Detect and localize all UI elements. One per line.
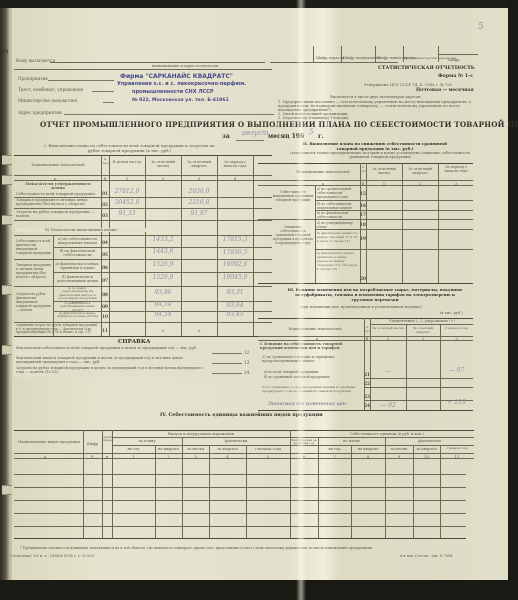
col-number: 1 (112, 454, 155, 459)
s4-col-cost-plan: по плану (318, 439, 385, 443)
s4-col-cost-group: Себестоимость единицы (в руб. и коп.) (300, 432, 474, 436)
col-number: б (83, 454, 102, 459)
s4-col-output-fact: фактически (182, 439, 290, 443)
binder-strip (2, 285, 12, 295)
col-divider (370, 318, 371, 410)
reference-item-label: Фактическая себестоимость всей товарной … (16, 346, 206, 350)
row-divider (14, 208, 272, 209)
stamp-line-3: промышленности СНХ ЛССР (132, 90, 214, 95)
s4-col-plan-quarter: на квартал (155, 447, 182, 451)
section3-note: (при изменении цен, произведенном в уста… (300, 305, 422, 309)
month-line (236, 140, 264, 141)
s4-col-fact-quarter: за квартал (209, 447, 246, 451)
approved-by: Утверждена ЦСУ СССР 14. X. 1963 г. № 720 (364, 82, 452, 87)
to-whom-caption: наименование и адрес получателя (152, 64, 218, 68)
month-handwritten: август (242, 131, 268, 136)
section4-table-bottom (14, 538, 466, 539)
scan-border-right (508, 0, 518, 600)
row-divider (364, 387, 473, 388)
col-number: 3 (440, 336, 473, 341)
binder-fragment-number: 53 (2, 50, 8, 55)
col-number: 9 (385, 454, 413, 459)
col-number: 2 (402, 181, 438, 186)
row03-quarter-value: 91,87 (181, 210, 217, 217)
s2-col-header-ytd: За период с начала года (438, 165, 474, 173)
section4-title: IV. Себестоимость единицы важнейших видо… (160, 413, 323, 418)
row-divider (258, 219, 473, 220)
address-line (64, 114, 274, 115)
row-divider (14, 259, 272, 260)
s4-col-cost-fact-month: за месяц (385, 447, 413, 451)
row-number: 15 (360, 191, 366, 196)
s4-col-plan-year: на год (112, 447, 155, 451)
row-divider (315, 249, 473, 250)
row-number: 18 (360, 222, 366, 227)
ministry-line (103, 102, 114, 103)
col-number: 6 (290, 454, 318, 459)
s2-col-header-month: За отчетный месяц (366, 167, 402, 175)
row-label: в) фактически в ценах, принятых в плане … (55, 312, 100, 319)
s3-row-label: 2) по сравнению со среднегодовыми ценами… (262, 386, 360, 393)
binder-strip (2, 345, 12, 355)
row-number: 04 (101, 240, 109, 245)
subsection-a-title: Показатели утвержденного плана (18, 182, 98, 190)
s2-row-label: а) по утвержденному плану (317, 221, 359, 229)
s4-col-cost-prev: Фактическая за прошлый год (290, 439, 318, 446)
row10-month-value: 94,54 (145, 311, 181, 318)
recipients-heading: Высылается в числе двух экземпляров адре… (330, 95, 421, 99)
to-whom-line (50, 62, 265, 63)
col-number: 2 (155, 454, 182, 459)
s4-empty-row (14, 526, 466, 527)
col-number: 4 (217, 176, 253, 181)
col-number: а (312, 336, 322, 341)
year-handwritten: 5 (309, 130, 313, 135)
col-number: 3 (438, 181, 474, 186)
col-number: 11 (440, 454, 474, 459)
section2-table-bottom (258, 283, 473, 284)
s2-row-label: б) фактически (разность между строками 1… (317, 231, 359, 243)
scan-border-top (0, 0, 518, 8)
row-divider (14, 322, 272, 323)
row-number: 03 (101, 213, 109, 218)
section3-title: III. Влияние изменения цен на потребляем… (285, 287, 465, 302)
row21-ytd-value: — 97 (440, 367, 473, 374)
s4-col-cost-fact-quarter: за квартал (413, 447, 440, 451)
row-divider (14, 286, 272, 287)
s4-col-unit: Единица измерения (102, 436, 112, 442)
row05-month-value: 1443,6 (145, 248, 181, 255)
reference-line (212, 363, 242, 364)
s4-empty-row (14, 474, 466, 475)
col-number: 8 (351, 454, 385, 459)
row-divider (14, 220, 272, 221)
reference-item-label: Затраты на рубль товарной продукции в це… (16, 366, 206, 374)
stamp-line-4: № 922, Московская ул. тел. Б-41961 (132, 98, 229, 103)
s3-col-header-name: Наименование показателей (270, 327, 360, 331)
col-number: 4 (209, 454, 246, 459)
section3-table-bottom (258, 410, 473, 411)
col-number: 1 (366, 181, 402, 186)
reference-item-label: Фактический выпуск товарной продукции в … (16, 356, 206, 364)
s4-col-cost-fact: фактически (385, 439, 474, 443)
enterprise-line (48, 80, 114, 81)
group-label: Себестоимость всей фактически выпущенной… (16, 239, 52, 255)
code-box-label: Шифр отрасли (316, 56, 344, 60)
row06-ytd-value: 19092,6 (217, 261, 253, 268)
s3-column-group: Удешевление (—), удорожание (+) (372, 319, 472, 323)
col-header-year: В целом на год (109, 160, 145, 164)
scan-border-bottom (0, 580, 518, 600)
row11-quarter-value: × (181, 328, 217, 333)
code-box-divider (313, 46, 314, 62)
row-number: 10 (101, 314, 109, 319)
s2-row-label: в) по фактической себестоимости (317, 211, 359, 219)
code-box-line (438, 54, 478, 55)
section2-title: II. Выполнение плана по снижению себесто… (300, 141, 450, 151)
row-number: 02 (101, 202, 109, 207)
statistical-reporting-label: СТАТИСТИЧЕСКАЯ ОТЧЕТНОСТЬ (378, 66, 475, 71)
row-number: 23 (364, 394, 370, 399)
col-number: 2 (145, 176, 181, 181)
binder-strip (2, 215, 12, 225)
row-number: 06 (101, 265, 109, 270)
col-header-month: За отчетный месяц (145, 160, 181, 168)
stamp-line-2: Управления х.с. и с. лакокрасочно-парфюм… (117, 82, 246, 87)
s2-row-label: в) фактически в ценах, принятых в плане … (317, 251, 359, 271)
row24-ytd-value: + 133 (440, 399, 473, 406)
group-label: Товарная продукция в оптовых ценах предп… (16, 263, 52, 279)
col-number: а (50, 176, 60, 181)
row-label: а) фактически в ценах, принятых в плане (55, 262, 100, 270)
row-number: 19 (360, 236, 366, 241)
s4-col-cost-plan-year: на год (318, 447, 351, 451)
section2-note: (заполняется только предприятиями, котор… (290, 151, 470, 159)
row-number: 22 (364, 381, 370, 386)
row-divider (364, 378, 473, 379)
row-number: 20 (360, 276, 366, 281)
row04-ytd-value: 17815,3 (217, 236, 253, 243)
report-title: ОТЧЕТ ПРОМЫШЛЕННОГО ПРЕДПРИЯТИЯ О ВЫПОЛН… (40, 122, 518, 127)
code-box-label: Шифр (448, 58, 460, 62)
row02-quarter-value: 2216,0 (181, 199, 217, 206)
s4-col-output-plan: по плану (112, 439, 182, 443)
s3-handwritten-row-label: Экономия от изменения цен (268, 402, 346, 407)
s4-empty-row (14, 500, 466, 501)
reference-row-number: 12 (244, 350, 249, 355)
row09-month-value: 94,54 (145, 301, 181, 308)
col-number: б (101, 176, 109, 181)
col-header-row-no: № строки (101, 158, 109, 166)
row-label: б) по фактической себестоимости (55, 249, 100, 257)
row-label: Затраты на рубль товарной продукции — ко… (16, 210, 100, 218)
col-number: 3 (181, 176, 217, 181)
period-suffix: месяц 196 (268, 134, 304, 139)
binder-strip (2, 155, 12, 165)
row21-month-value: — (370, 368, 406, 375)
row-label: Товарная продукция в оптовых ценах предп… (16, 198, 100, 206)
group-label: Затраты на рубль фактически выпущенной т… (16, 292, 52, 312)
s3-col-header-ytd: С начала года (440, 326, 473, 330)
row24-month-value: — 92 (370, 402, 406, 409)
print-info: Статистика" Гл. и. ч., 183406 IV-65 г. т… (10, 554, 94, 558)
row-number: 05 (101, 252, 109, 257)
col-divider (290, 430, 291, 538)
row09-ytd-value: 93,64 (217, 302, 253, 309)
column-group-divider (370, 324, 473, 325)
col-number: а (40, 454, 50, 459)
s2-row-label: б) по себестоимости квартальных планов (317, 202, 359, 210)
row06-month-value: 1526,9 (145, 261, 181, 268)
reference-title: СПРАВКА (118, 340, 150, 345)
s4-col-cost-plan-quarter: на квартал (351, 447, 385, 451)
subsection-b-title: б) Показатели выполнения плана (16, 228, 146, 232)
year-suffix: г. (318, 134, 324, 139)
reference-row-number: 14 (244, 370, 249, 375)
row02-year-value: 30452,0 (109, 199, 145, 206)
row-divider (53, 272, 272, 273)
row01-year-value: 27812,0 (109, 188, 145, 195)
row-number: 11 (101, 328, 109, 333)
row07-ytd-value: 19045,0 (217, 274, 253, 281)
s2-group-label: Снижение себестоимости сравнимой товарно… (272, 225, 314, 245)
s3-col-header-quarter: За отчетный квартал (406, 326, 440, 334)
footnote: * Предприятия союзного подчинения, наход… (20, 546, 373, 550)
s4-col-output-group: Выпуск в натуральном выражении (112, 432, 290, 436)
row04-month-value: 1433,2 (145, 236, 181, 243)
col-header-name: Наименование показателей (16, 163, 100, 167)
section1-table-top (14, 155, 272, 156)
row-label: а) по себестоимости квартальных планов (55, 237, 100, 245)
col-divider (83, 430, 84, 538)
address-label: Адрес предприятия (18, 110, 62, 115)
s3-row-label: б) по сравнимой товарной продукции (264, 375, 360, 379)
row-number: 01 (101, 191, 109, 196)
recipient-1: 1. Предприятиями постоянно — статистичес… (278, 100, 478, 113)
col-number: 10 (413, 454, 440, 459)
row-label: Себестоимость всей товарной продукции (16, 192, 100, 196)
s4-col-fact-month: за месяц (182, 447, 209, 451)
reference-line (212, 353, 242, 354)
row08-ytd-value: 93,31 (217, 289, 253, 296)
s4-col-fact-ytd: с начала года (246, 447, 290, 451)
col-number: 5 (246, 454, 290, 459)
row10-ytd-value: 93,45 (217, 311, 253, 318)
col-divider (102, 430, 103, 538)
s3-row-label: а) по всей товарной продукции (264, 370, 360, 374)
page-number-handwritten: 5 (478, 22, 484, 32)
col-header-quarter: За отчетный квартал (181, 160, 217, 168)
trust-line (92, 91, 114, 92)
row-label: б) фактически в действовавших ценах (55, 275, 100, 283)
code-box-label: Шифр подведомств. (343, 56, 381, 60)
row-number: 16 (360, 203, 366, 208)
row01-quarter-value: 2036,0 (181, 188, 217, 195)
row-number: 08 (101, 292, 109, 297)
section1-title: I. Выполнение плана по себестоимости все… (42, 143, 217, 153)
reference-line (212, 373, 242, 374)
s2-group-label: Себестоимость выпущенной сравнимой товар… (272, 190, 314, 202)
divider (14, 69, 272, 70)
col-number: 1 (109, 176, 145, 181)
binder-strip (2, 485, 12, 495)
section3-unit: (в тыс. руб.) (440, 311, 463, 315)
code-boxes-bottom (270, 62, 398, 63)
s3-sub: 1) по сравнению с ценами и тарифами, пре… (262, 355, 360, 363)
col-number: а (318, 181, 328, 186)
col-number: в (102, 454, 112, 459)
s2-col-header-quarter: За отчетный квартал (402, 167, 438, 175)
s4-col-code: Шифр (83, 442, 102, 446)
s2-col-header-name: Наименование показателей (290, 170, 356, 174)
binder-strip (2, 175, 12, 185)
period-prefix: за (222, 134, 230, 139)
col-header-ytd: За период с начала года (217, 160, 253, 168)
s4-empty-row (14, 487, 466, 488)
enterprise-label: Предприятие (18, 76, 48, 81)
col-number: 2 (406, 336, 440, 341)
row08-month-value: 93,86 (145, 289, 181, 296)
s4-col-name: Наименование видов продукции (16, 440, 82, 444)
form-number: Форма № 1-с (438, 74, 473, 79)
row-label: Снижение затрат на рубль товарной продук… (16, 324, 100, 335)
frequency: Почтовая — месячная (416, 88, 474, 93)
row-divider (315, 200, 473, 201)
row-number: 09 (101, 304, 109, 309)
row07-month-value: 1526,9 (145, 274, 181, 281)
row11-month-value: × (145, 328, 181, 333)
print-info-right: 6-я тип. Госстат. Зак. № 7904 (400, 554, 452, 558)
row-number: 17 (360, 212, 366, 217)
row05-ytd-value: 17836,5 (217, 249, 253, 256)
col-number: 3 (182, 454, 209, 459)
col-number: 7 (318, 454, 351, 459)
s3-intro: I. Влияние на себестоимость товарной про… (260, 342, 360, 350)
stamp-firm-name: Фирма "САРКАНАЙС КВАДРАТС" (120, 74, 233, 79)
s4-col-cost-fact-ytd: с начала года (440, 446, 474, 450)
row-divider (315, 229, 473, 230)
s4-group-divider (112, 437, 474, 438)
col-number: 1 (370, 336, 406, 341)
reference-row-number: 13 (244, 360, 249, 365)
trust-label: Трест, комбинат, управление (18, 87, 83, 92)
row-number: 07 (101, 278, 109, 283)
ministry-label: Министерство (ведомство) (18, 98, 77, 103)
s2-row-label: а) по среднегодовой себестоимости предыд… (317, 187, 359, 199)
s4-empty-row (14, 513, 466, 514)
s3-col-header-month: За отчетный месяц (370, 326, 406, 330)
row03-year-value: 91,33 (109, 210, 145, 217)
